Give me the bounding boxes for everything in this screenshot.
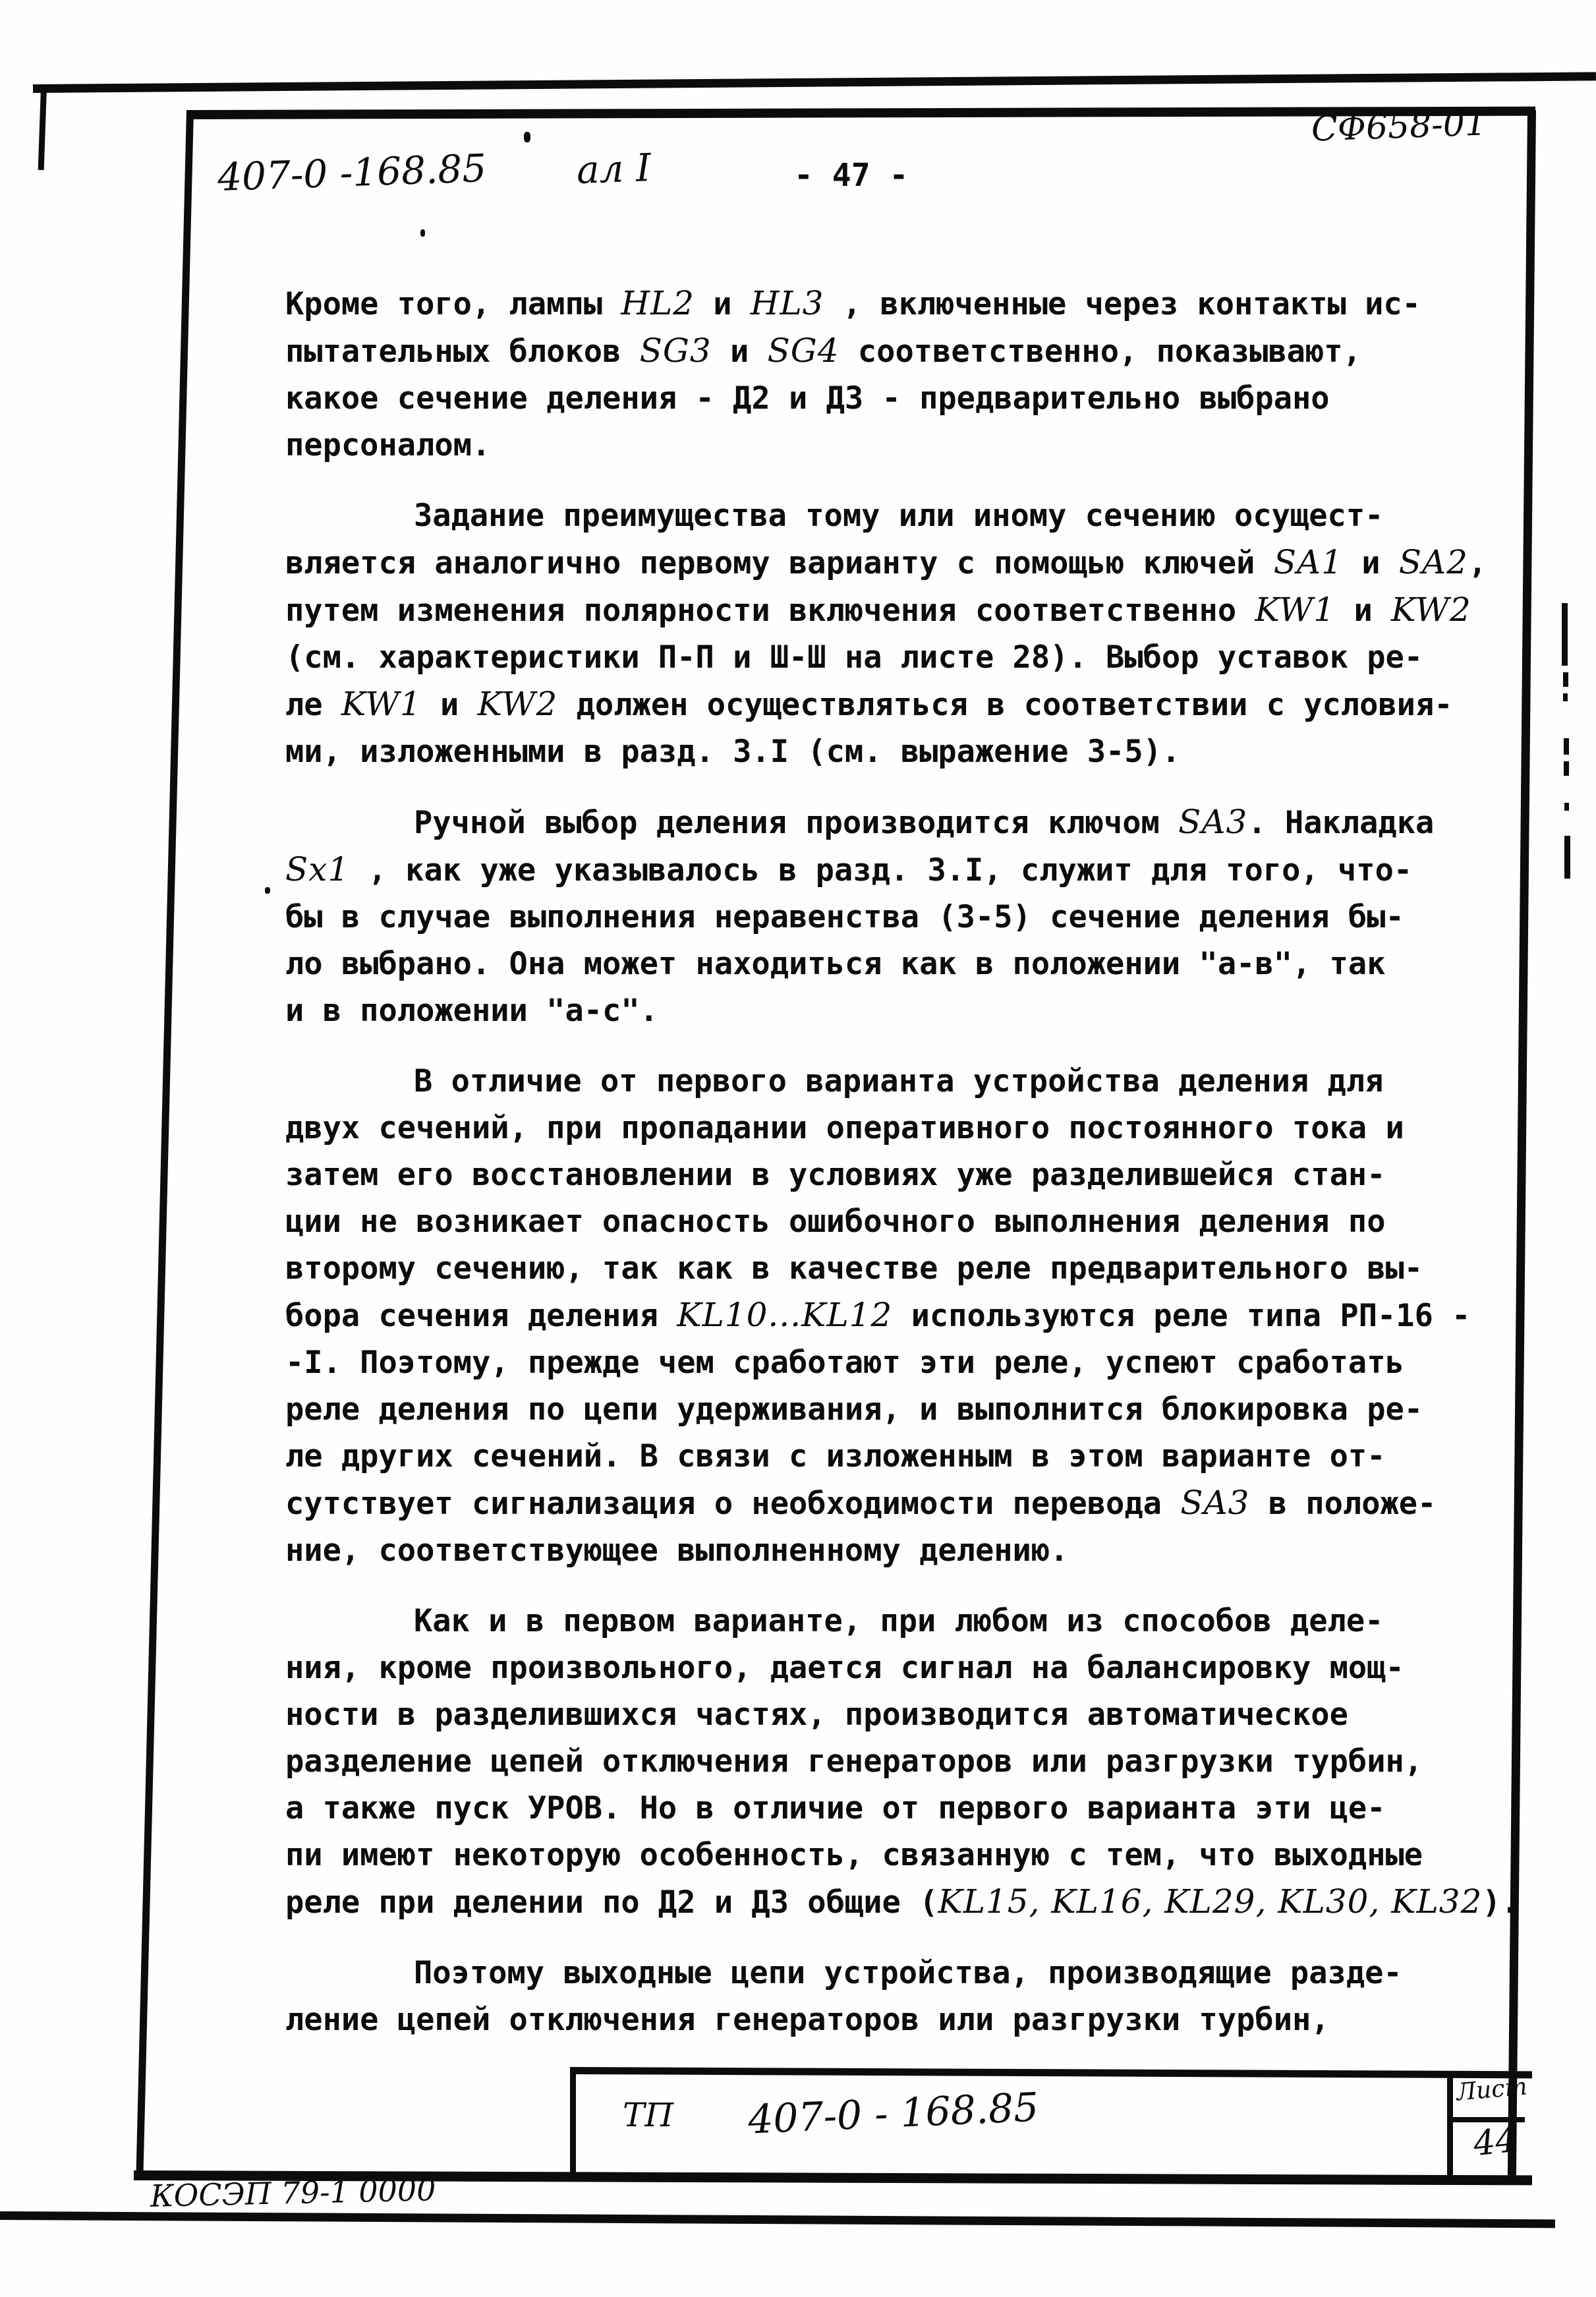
scan-artifact bbox=[1564, 761, 1569, 776]
footer-form-code: КОСЭП 79-1 0000 bbox=[150, 2172, 436, 2214]
paragraph: Ручной выбор деления производится ключом… bbox=[285, 799, 1577, 1034]
header-album-annotation: ал I bbox=[576, 145, 652, 192]
title-block-sheet-number: 44 bbox=[1471, 2120, 1519, 2165]
paragraph: Задание преимущества тому или иному сече… bbox=[285, 492, 1577, 775]
scanned-page: 407-0 -168.85 ал I - 47 - СФ658-01 Кроме… bbox=[0, 0, 1596, 2297]
header-stamp: СФ658-01 bbox=[1311, 103, 1487, 149]
outer-top-rule bbox=[33, 72, 1596, 93]
outer-left-stub bbox=[38, 88, 47, 170]
scan-artifact bbox=[1562, 603, 1568, 666]
scan-artifact bbox=[1563, 672, 1568, 687]
bottom-rule bbox=[0, 2211, 1555, 2228]
scan-artifact bbox=[265, 887, 270, 894]
paragraph: Кроме того, лампы HL2 и HL3 , включенные… bbox=[285, 280, 1577, 469]
paragraph: В отличие от первого варианта устройства… bbox=[285, 1058, 1577, 1574]
title-block-top-border bbox=[570, 2067, 1532, 2078]
scan-artifact bbox=[1564, 803, 1569, 811]
scan-artifact bbox=[1564, 836, 1570, 879]
scan-artifact bbox=[1563, 693, 1568, 701]
scan-artifact bbox=[420, 229, 425, 237]
scan-artifact bbox=[524, 132, 530, 142]
scan-artifact bbox=[1564, 738, 1569, 755]
document-body: Кроме того, лампы HL2 и HL3 , включенные… bbox=[285, 280, 1577, 2067]
title-block-left-border bbox=[570, 2068, 576, 2175]
title-block-sheet-label: Лист bbox=[1455, 2073, 1528, 2106]
paragraph: Как и в первом варианте, при любом из сп… bbox=[285, 1598, 1577, 1926]
title-block-code-label: ТП bbox=[623, 2096, 673, 2134]
page-number: - 47 - bbox=[794, 157, 908, 194]
paragraph: Поэтому выходные цепи устройства, произв… bbox=[285, 1950, 1577, 2043]
title-block-doc-number: 407-0 - 168.85 bbox=[747, 2084, 1040, 2143]
header-doc-number: 407-0 -168.85 bbox=[217, 146, 487, 200]
title-block-sheet-divider bbox=[1447, 2071, 1453, 2175]
frame-left-border bbox=[136, 110, 194, 2179]
